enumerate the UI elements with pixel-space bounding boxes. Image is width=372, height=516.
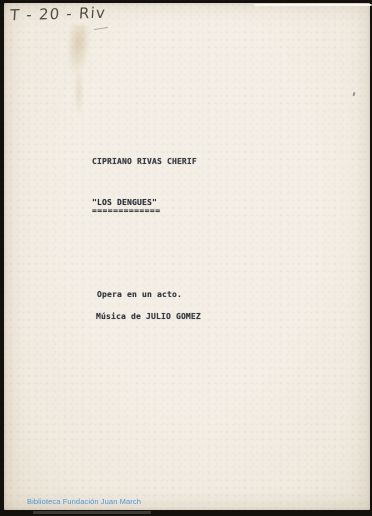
- paper-edge-highlight: [254, 4, 372, 6]
- subtitle-genre-line: Opera en un acto.: [97, 290, 182, 299]
- scanned-document: T - 20 - Riv CIPRIANO RIVAS CHERIF "LOS …: [0, 0, 372, 516]
- library-watermark: Biblioteca Fundación Juan March: [27, 497, 141, 506]
- handwritten-call-number: T - 20 - Riv: [9, 4, 106, 25]
- stain: [74, 73, 84, 119]
- scan-edge-artifact: [33, 511, 151, 514]
- stain: [64, 24, 92, 78]
- paper-sheet: [4, 3, 370, 510]
- subtitle-composer-line: Música de JULIO GOMEZ: [96, 312, 201, 321]
- title-underline: =============: [92, 206, 160, 215]
- author-line: CIPRIANO RIVAS CHERIF: [92, 157, 197, 166]
